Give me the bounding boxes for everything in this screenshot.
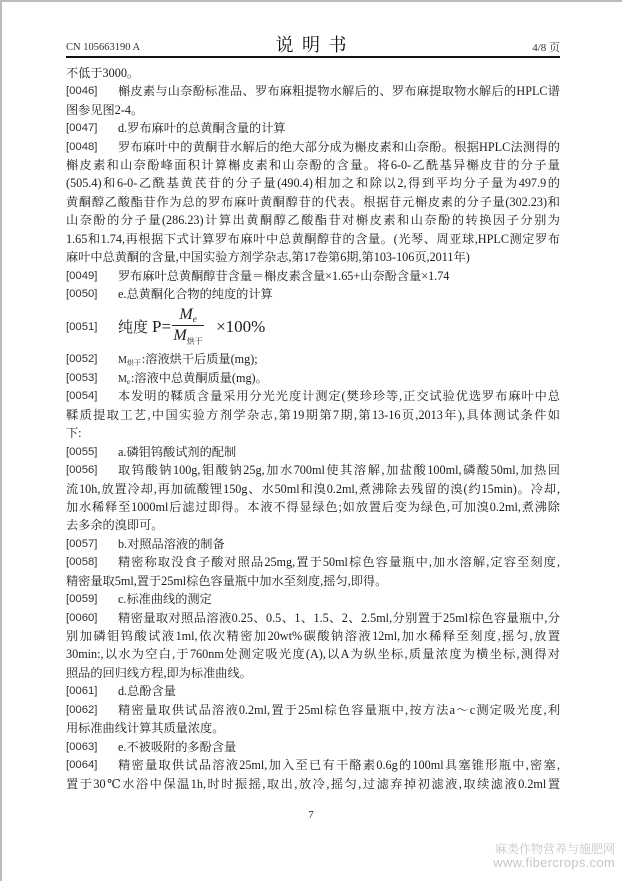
paragraph-0059: [0059] c.标准曲线的测定 — [66, 590, 560, 608]
text-line: 不低于3000。 — [66, 64, 560, 82]
section-heading: a.磷钼钨酸试剂的配制 — [118, 443, 560, 461]
paragraph-0046: [0046] 槲皮素与山奈酚标准品、罗布麻粗提物水解后的、罗布麻提取物水解后的H… — [66, 82, 560, 119]
equation-text: 罗布麻叶总黄酮醇苷含量＝槲皮素含量×1.65+山奈酚含量×1.74 — [118, 267, 560, 285]
text-line: 罗布麻叶中的黄酮苷水解后的绝大部分成为槲皮素和山奈酚。根据HPLC法测得的 — [118, 138, 560, 156]
formula-factor: ×100% — [216, 317, 265, 337]
paragraph-first-line: [0061] d.总酚含量 — [66, 682, 560, 700]
paragraph-number: [0046] — [66, 82, 118, 100]
paragraph-0047: [0047] d.罗布麻叶的总黄酮含量的计算 — [66, 119, 560, 137]
paragraph-0049: [0049] 罗布麻叶总黄酮醇苷含量＝槲皮素含量×1.65+山奈酚含量×1.74 — [66, 267, 560, 285]
section-heading: d.罗布麻叶的总黄酮含量的计算 — [118, 119, 560, 137]
paragraph-0053: [0053] Me:溶液中总黄酮质量(mg)。 — [66, 369, 560, 387]
definition-line: M烘干:溶液烘干后质量(mg); — [118, 350, 560, 368]
paragraph-first-line: [0047] d.罗布麻叶的总黄酮含量的计算 — [66, 119, 560, 137]
paragraph-first-line: [0049] 罗布麻叶总黄酮醇苷含量＝槲皮素含量×1.65+山奈酚含量×1.74 — [66, 267, 560, 285]
paragraph-number: [0054] — [66, 387, 118, 405]
section-heading: b.对照品溶液的制备 — [118, 535, 560, 553]
section-heading: e.不被吸附的多酚含量 — [118, 738, 560, 756]
denominator-symbol: M — [173, 327, 186, 344]
denominator-subscript: 烘干 — [187, 337, 203, 346]
text-line: 精密称取没食子酸对照品25mg,置于50ml棕色容量瓶中,加水溶解,定容至刻度, — [118, 553, 560, 571]
paragraph-number: [0053] — [66, 369, 118, 387]
paragraph-number: [0062] — [66, 701, 118, 719]
text-line: 精密量取供试品溶液0.2ml,置于25ml棕色容量瓶中,按方法a～c测定吸光度,… — [118, 701, 560, 719]
text-line: 山奈酚的分子量(286.23)计算出黄酮醇乙酸酯苷对槲皮素和山奈酚的转换因子分别… — [66, 211, 560, 229]
formula-label: 纯度 — [118, 316, 148, 337]
paragraph-first-line: [0048] 罗布麻叶中的黄酮苷水解后的绝大部分成为槲皮素和山奈酚。根据HPLC… — [66, 138, 560, 156]
watermark-url: www.fibercrops.com — [493, 856, 615, 869]
paragraph-first-line: [0046] 槲皮素与山奈酚标准品、罗布麻粗提物水解后的、罗布麻提取物水解后的H… — [66, 82, 560, 100]
paragraph-first-line: [0058] 精密称取没食子酸对照品25mg,置于50ml棕色容量瓶中,加水溶解… — [66, 553, 560, 571]
paragraph-first-line: [0052] M烘干:溶液烘干后质量(mg); — [66, 350, 560, 368]
paragraph-0055: [0055] a.磷钼钨酸试剂的配制 — [66, 443, 560, 461]
paragraph-first-line: [0057] b.对照品溶液的制备 — [66, 535, 560, 553]
section-heading: c.标准曲线的测定 — [118, 590, 560, 608]
paragraph-number: [0061] — [66, 682, 118, 700]
page-number: 7 — [0, 808, 622, 822]
section-heading: e.总黄酮化合物的纯度的计算 — [118, 285, 560, 303]
section-heading: d.总酚含量 — [118, 682, 560, 700]
text-line: 下: — [66, 424, 560, 442]
page-indicator: 4/8 页 — [532, 41, 560, 55]
numerator-symbol: M — [179, 306, 192, 323]
variable-subscript: 烘干 — [127, 359, 141, 367]
paragraph-first-line: [0059] c.标准曲线的测定 — [66, 590, 560, 608]
fraction-denominator: M烘干 — [173, 326, 202, 348]
paragraph-first-line: [0055] a.磷钼钨酸试剂的配制 — [66, 443, 560, 461]
paragraph-number: [0047] — [66, 119, 118, 137]
paragraph-number: [0048] — [66, 138, 118, 156]
text-line: 别加磷钼钨酸试液1ml,依次精密加20wt%碳酸钠溶液12ml,加水稀释至刻度,… — [66, 627, 560, 645]
paragraph-0056: [0056] 取钨酸钠100g,钼酸钠25g,加水700ml使其溶解,加盐酸10… — [66, 461, 560, 535]
text-line: 槲皮素和山奈酚峰面积计算槲皮素和山奈酚的含量。将6-0-乙酰基异槲皮苷的分子量 — [66, 156, 560, 174]
text-line: 槲皮素与山奈酚标准品、罗布麻粗提物水解后的、罗布麻提取物水解后的HPLC谱 — [118, 82, 560, 100]
text-line: 用标准曲线计算其质量浓度。 — [66, 719, 560, 737]
paragraph-number: [0056] — [66, 461, 118, 479]
paragraph-0062: [0062] 精密量取供试品溶液0.2ml,置于25ml棕色容量瓶中,按方法a～… — [66, 701, 560, 738]
text-line: 麻叶中总黄酮的含量,中国实验方剂学杂志,第17卷第6期,第103-106页,20… — [66, 248, 560, 266]
paragraph-number: [0064] — [66, 756, 118, 774]
paragraph-0060: [0060] 精密量取对照品溶液0.25、0.5、1、1.5、2、2.5ml,分… — [66, 609, 560, 683]
formula-fraction: Me M烘干 — [172, 306, 204, 348]
paragraph-first-line: [0053] Me:溶液中总黄酮质量(mg)。 — [66, 369, 560, 387]
text-line: 加水稀释至1000ml后滤过即得。本液不得显绿色;如放置后变为绿色,可加溴0.2… — [66, 498, 560, 516]
text-line: 黄酮醇乙酸酯苷作为总的罗布麻叶黄酮醇苷的代表。根据苷元槲皮素的分子量(302.2… — [66, 193, 560, 211]
paragraph-number: [0055] — [66, 443, 118, 461]
variable-subscript: e — [127, 378, 130, 386]
numerator-subscript: e — [193, 314, 197, 324]
paragraph-number: [0057] — [66, 535, 118, 553]
definition-text: :溶液中总黄酮质量(mg)。 — [131, 371, 268, 385]
text-line: 精密量取供试品溶液25ml,加入至已有干酪素0.6g的100ml具塞锥形瓶中,密… — [118, 756, 560, 774]
paragraph-first-line: [0064] 精密量取供试品溶液25ml,加入至已有干酪素0.6g的100ml具… — [66, 756, 560, 774]
paragraph-first-line: [0063] e.不被吸附的多酚含量 — [66, 738, 560, 756]
fraction-numerator: Me — [175, 306, 200, 325]
paragraph-first-line: [0056] 取钨酸钠100g,钼酸钠25g,加水700ml使其溶解,加盐酸10… — [66, 461, 560, 479]
definition-line: Me:溶液中总黄酮质量(mg)。 — [118, 369, 560, 387]
paragraph-0052: [0052] M烘干:溶液烘干后质量(mg); — [66, 350, 560, 368]
paragraph-first-line: [0062] 精密量取供试品溶液0.2ml,置于25ml棕色容量瓶中,按方法a～… — [66, 701, 560, 719]
text-line: 1.65和1.74,再根据下式计算罗布麻叶中总黄酮醇苷的含量。(光琴、周亚球,H… — [66, 230, 560, 248]
paragraph-0061: [0061] d.总酚含量 — [66, 682, 560, 700]
paragraph-number: [0052] — [66, 350, 118, 368]
patent-page: CN 105663190 A 说 明 书 4/8 页 不低于3000。 [004… — [0, 0, 622, 881]
paragraph-0050: [0050] e.总黄酮化合物的纯度的计算 — [66, 285, 560, 303]
text-line: 流10h,放置冷却,再加硫酸锂150g、水50ml和溴0.2ml,煮沸除去残留的… — [66, 480, 560, 498]
text-line: (505.4)和6-0-乙酰基黄芪苷的分子量(490.4)相加之和除以2,得到平… — [66, 174, 560, 192]
watermark: 麻类作物营养与施肥网 www.fibercrops.com — [493, 843, 615, 869]
paragraph-0054: [0054] 本发明的鞣质含量采用分光光度计测定(樊珍珍等,正交试验优选罗布麻叶… — [66, 387, 560, 442]
text-line: 图参见图2-4。 — [66, 101, 560, 119]
formula-variable: P= — [152, 317, 171, 337]
variable-symbol: M — [118, 355, 127, 366]
definition-text: :溶液烘干后质量(mg); — [142, 352, 258, 366]
paragraph-first-line: [0054] 本发明的鞣质含量采用分光光度计测定(樊珍珍等,正交试验优选罗布麻叶… — [66, 387, 560, 405]
paragraph-number: [0051] — [66, 321, 118, 333]
paragraph-number: [0049] — [66, 267, 118, 285]
text-line: 鞣质提取工艺,中国实验方剂学杂志,第19期第7期,第13-16页,2013年),… — [66, 406, 560, 424]
document-body: 不低于3000。 [0046] 槲皮素与山奈酚标准品、罗布麻粗提物水解后的、罗布… — [66, 64, 560, 793]
paragraph-number: [0063] — [66, 738, 118, 756]
text-line: 取钨酸钠100g,钼酸钠25g,加水700ml使其溶解,加盐酸100ml,磷酸5… — [118, 461, 560, 479]
paragraph-continued: 不低于3000。 — [66, 64, 560, 82]
paragraph-number: [0059] — [66, 590, 118, 608]
paragraph-0058: [0058] 精密称取没食子酸对照品25mg,置于50ml棕色容量瓶中,加水溶解… — [66, 553, 560, 590]
text-line: 置于30℃水浴中保温1h,时时振摇,取出,放冷,摇匀,过滤弃掉初滤液,取续滤液0… — [66, 775, 560, 793]
text-line: 30min:,以水为空白,于760nm处测定吸光度(A),以A为纵坐标,质量浓度… — [66, 645, 560, 663]
paragraph-0057: [0057] b.对照品溶液的制备 — [66, 535, 560, 553]
paragraph-first-line: [0050] e.总黄酮化合物的纯度的计算 — [66, 285, 560, 303]
variable-symbol: M — [118, 374, 127, 385]
text-line: 照品的回归线方程,即为标准曲线。 — [66, 664, 560, 682]
page-title: 说 明 书 — [0, 35, 622, 55]
header-divider — [66, 56, 560, 58]
paragraph-number: [0058] — [66, 553, 118, 571]
text-line: 去多余的溴即可。 — [66, 516, 560, 534]
paragraph-0063: [0063] e.不被吸附的多酚含量 — [66, 738, 560, 756]
paragraph-first-line: [0060] 精密量取对照品溶液0.25、0.5、1、1.5、2、2.5ml,分… — [66, 609, 560, 627]
paragraph-0051-formula: [0051] 纯度 P= Me M烘干 ×100% — [66, 303, 560, 350]
text-line: 精密量取对照品溶液0.25、0.5、1、1.5、2、2.5ml,分别置于25ml… — [118, 609, 560, 627]
paragraph-0048: [0048] 罗布麻叶中的黄酮苷水解后的绝大部分成为槲皮素和山奈酚。根据HPLC… — [66, 138, 560, 267]
text-line: 本发明的鞣质含量采用分光光度计测定(樊珍珍等,正交试验优选罗布麻叶中总 — [118, 387, 560, 405]
paragraph-number: [0060] — [66, 609, 118, 627]
paragraph-number: [0050] — [66, 285, 118, 303]
paragraph-0064: [0064] 精密量取供试品溶液25ml,加入至已有干酪素0.6g的100ml具… — [66, 756, 560, 793]
text-line: 精密量取5ml,置于25ml棕色容量瓶中加水至刻度,摇匀,即得。 — [66, 572, 560, 590]
